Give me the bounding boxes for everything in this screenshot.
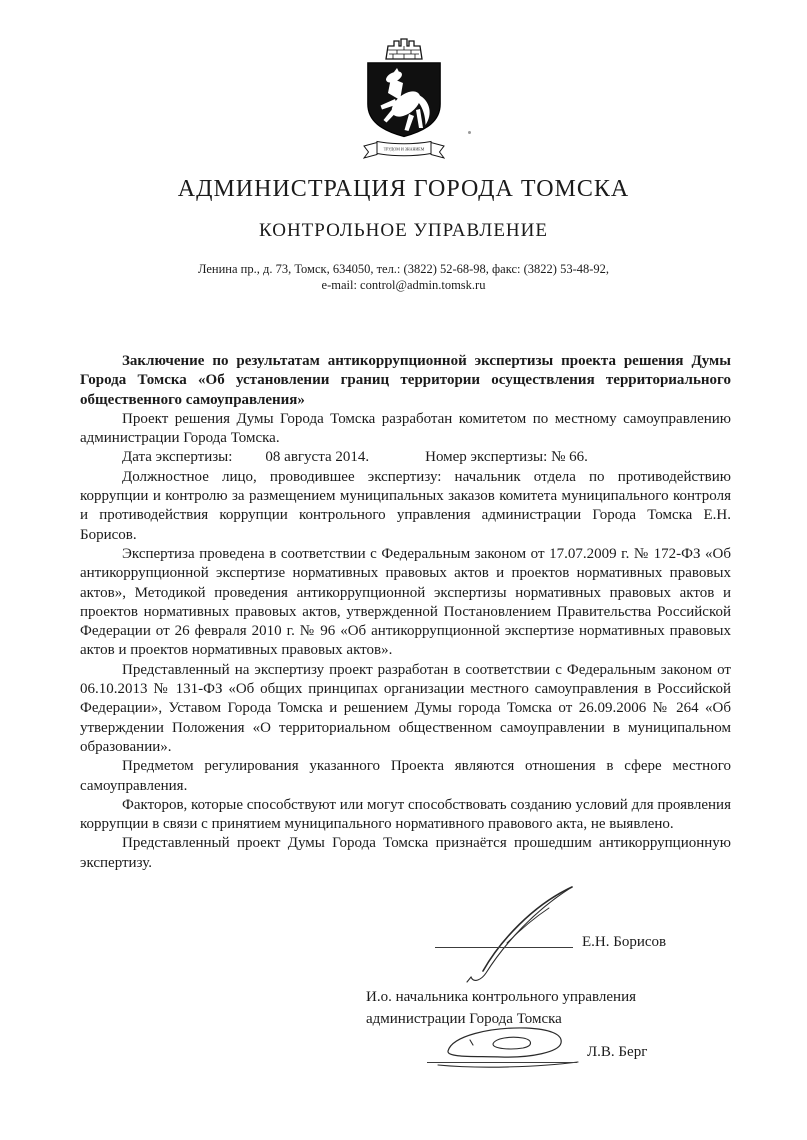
document-page: ТРУДОМ И ЗНАНИЕМ АДМИНИСТРАЦИЯ ГОРОДА ТО… [0, 0, 807, 1140]
tomsk-coat-of-arms-icon: ТРУДОМ И ЗНАНИЕМ [363, 36, 445, 164]
body-paragraph: Представленный проект Думы Города Томска… [80, 834, 731, 873]
motto-text: ТРУДОМ И ЗНАНИЕМ [383, 147, 424, 152]
signature-line [435, 947, 573, 948]
signatory-name-berg: Л.В. Берг [587, 1044, 647, 1061]
document-title: Заключение по результатам антикоррупцион… [80, 352, 731, 410]
address-line-1: Ленина пр., д. 73, Томск, 634050, тел.: … [0, 261, 807, 277]
body-paragraph: Проект решения Думы Города Томска разраб… [80, 410, 731, 449]
body-paragraph: Должностное лицо, проводившее экспертизу… [80, 468, 731, 545]
contact-address: Ленина пр., д. 73, Томск, 634050, тел.: … [0, 261, 807, 293]
signatory-name-borisov: Е.Н. Борисов [582, 934, 666, 951]
body-paragraph: Факторов, которые способствуют или могут… [80, 796, 731, 835]
berg-handwritten-signature [432, 1024, 582, 1072]
date-label: Дата экспертизы: [122, 449, 232, 465]
mural-crown-icon [386, 39, 422, 59]
motto-ribbon-icon: ТРУДОМ И ЗНАНИЕМ [364, 142, 444, 159]
department-name: КОНТРОЛЬНОЕ УПРАВЛЕНИЕ [0, 220, 807, 242]
body-paragraph: Предметом регулирования указанного Проек… [80, 757, 731, 796]
expertise-date-line: Дата экспертизы:08 августа 2014.Номер эк… [80, 448, 731, 467]
position-line-1: И.о. начальника контрольного управления [366, 987, 636, 1009]
date-value: 08 августа 2014. [265, 449, 369, 465]
organization-name: АДМИНИСТРАЦИЯ ГОРОДА ТОМСКА [0, 176, 807, 203]
address-line-2: e-mail: control@admin.tomsk.ru [0, 277, 807, 293]
borisov-handwritten-signature [455, 883, 579, 983]
expertise-number-value: № 66. [551, 449, 588, 465]
signature-line [427, 1062, 577, 1063]
body-paragraph: Экспертиза проведена в соответствии с Фе… [80, 545, 731, 661]
expertise-number-label: Номер экспертизы: [425, 449, 547, 465]
letterhead: ТРУДОМ И ЗНАНИЕМ АДМИНИСТРАЦИЯ ГОРОДА ТО… [0, 0, 807, 293]
body-paragraph: Представленный на экспертизу проект разр… [80, 661, 731, 757]
document-body: Заключение по результатам антикоррупцион… [80, 352, 731, 873]
shield-icon [367, 63, 439, 137]
scan-speck [468, 131, 471, 134]
